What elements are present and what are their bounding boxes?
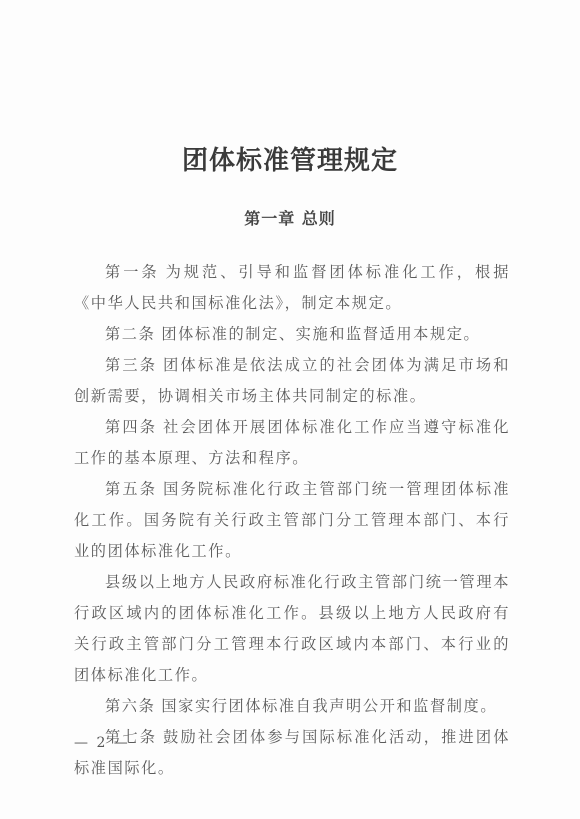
article-text: 县级以上地方人民政府标准化行政主管部门统一管理本行政区域内的团体标准化工作。县级… (74, 573, 510, 684)
article-7: 第七条鼓励社会团体参与国际标准化活动，推进团体标准国际化。 (74, 722, 510, 784)
article-4: 第四条社会团体开展团体标准化工作应当遵守标准化工作的基本原理、方法和程序。 (74, 412, 510, 474)
article-3: 第三条团体标准是依法成立的社会团体为满足市场和创新需要，协调相关市场主体共同制定… (74, 350, 510, 412)
article-number: 第二条 (105, 325, 155, 343)
page-number: — 2 — (74, 735, 130, 751)
article-1: 第一条为规范、引导和监督团体标准化工作，根据《中华人民共和国标准化法》，制定本规… (74, 257, 510, 319)
document-body: 第一条为规范、引导和监督团体标准化工作，根据《中华人民共和国标准化法》，制定本规… (74, 257, 510, 784)
document-page: 团体标准管理规定 第一章 总则 第一条为规范、引导和监督团体标准化工作，根据《中… (0, 0, 580, 819)
article-number: 第五条 (105, 480, 157, 498)
document-title: 团体标准管理规定 (0, 140, 580, 177)
article-number: 第一条 (105, 263, 160, 281)
chapter-heading: 第一章 总则 (0, 206, 580, 229)
article-number: 第三条 (105, 356, 157, 374)
article-text: 国家实行团体标准自我声明公开和监督制度。 (161, 697, 497, 715)
article-6: 第六条国家实行团体标准自我声明公开和监督制度。 (74, 691, 510, 722)
article-text: 团体标准的制定、实施和监督适用本规定。 (161, 325, 480, 343)
article-number: 第四条 (105, 418, 157, 436)
article-number: 第六条 (105, 697, 155, 715)
article-2: 第二条团体标准的制定、实施和监督适用本规定。 (74, 319, 510, 350)
article-5: 第五条国务院标准化行政主管部门统一管理团体标准化工作。国务院有关行政主管部门分工… (74, 474, 510, 567)
article-5-continued: 县级以上地方人民政府标准化行政主管部门统一管理本行政区域内的团体标准化工作。县级… (74, 567, 510, 691)
